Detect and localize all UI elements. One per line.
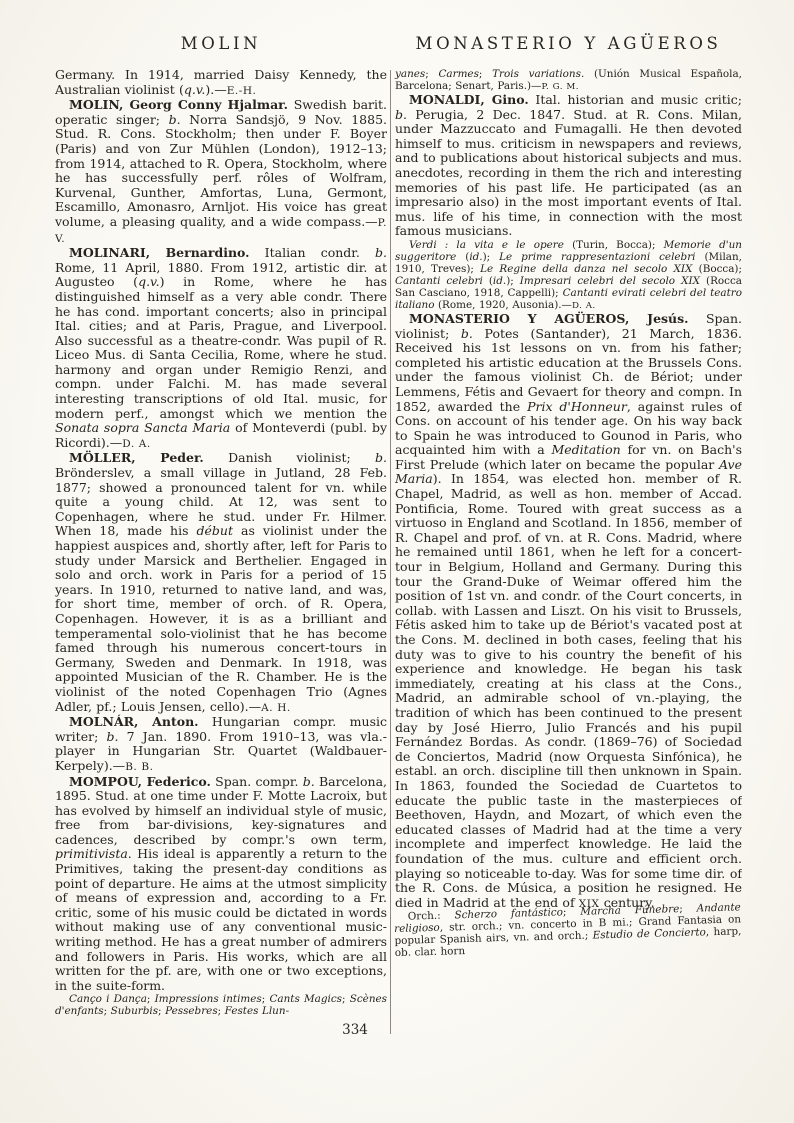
running-head-right: MONASTERIO Y AGÜEROS [395, 34, 742, 53]
entry-moller: MÖLLER, Peder. Danish violinist; b. Brön… [55, 451, 387, 715]
entry-continuation-previous-page: Germany. In 1914, married Daisy Kennedy,… [55, 68, 387, 98]
works-list-monasterio: Orch.: Scherzo fantástico; Marcha Fúnebr… [394, 902, 742, 960]
running-head-spacer [387, 34, 395, 53]
column-left: Germany. In 1914, married Daisy Kennedy,… [55, 68, 387, 1040]
entry-molin: MOLIN, Georg Conny Hjalmar. Swedish bari… [55, 98, 387, 246]
works-list-mompou-continuation: yanes; Carmes; Trois variations. (Unión … [395, 68, 742, 93]
entry-molinari: MOLINARI, Bernardino. Italian condr. b. … [55, 246, 387, 451]
works-list-monaldi: Verdi : la vita e le opere (Turin, Bocca… [395, 239, 742, 312]
entry-molnar: MOLNÁR, Anton. Hungarian compr. music wr… [55, 715, 387, 774]
text-columns: Germany. In 1914, married Daisy Kennedy,… [55, 68, 742, 1040]
running-head-left: MOLIN [55, 34, 387, 53]
running-head: MOLIN MONASTERIO Y AGÜEROS [55, 34, 742, 53]
page-number: 334 [0, 1022, 752, 1038]
entry-monasterio: MONASTERIO Y AGÜEROS, Jesús. Span. violi… [395, 312, 742, 911]
entry-monaldi: MONALDI, Gino. Ital. historian and music… [395, 93, 742, 239]
column-divider-rule [390, 70, 391, 1034]
book-page: MOLIN MONASTERIO Y AGÜEROS Germany. In 1… [0, 0, 794, 1123]
entry-mompou: MOMPOU, Federico. Span. compr. b. Barcel… [55, 775, 387, 994]
column-right: yanes; Carmes; Trois variations. (Unión … [395, 68, 742, 1040]
works-list-mompou: Canço i Dança; Impressions intimes; Cant… [55, 993, 387, 1017]
